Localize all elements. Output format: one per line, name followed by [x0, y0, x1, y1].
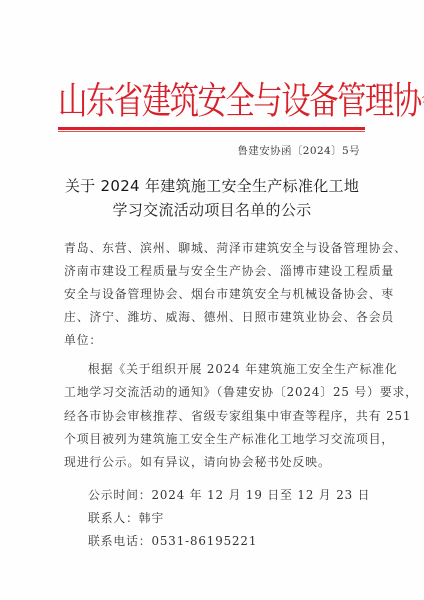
document-title-line-2: 学习交流活动项目名单的公示 [0, 199, 424, 220]
publicity-period: 公示时间：2024 年 12 月 19 日至 12 月 23 日 [88, 487, 370, 503]
document-title-line-1: 关于 2024 年建筑施工安全生产标准化工地 [0, 175, 424, 196]
organization-letterhead: 山东省建筑安全与设备管理协会 [58, 74, 364, 130]
recipients-line: 庄、济宁、潍坊、威海、德州、日照市建筑业协会、各会员 [64, 309, 394, 325]
body-paragraph-line: 现进行公示。如有异议，请向协会秘书处反映。 [64, 454, 331, 470]
recipients-line: 青岛、东营、滨州、聊城、菏泽市建筑安全与设备管理协会、 [64, 240, 407, 256]
recipients-line: 济南市建设工程质量与安全生产协会、淄博市建设工程质量 [64, 263, 394, 279]
contact-person: 联系人：韩宇 [88, 510, 164, 526]
document-page: 山东省建筑安全与设备管理协会 鲁建安协函〔2024〕5号 关于 2024 年建筑… [0, 0, 424, 600]
recipients-line: 安全与设备管理协会、烟台市建筑安全与机械设备协会、枣 [64, 286, 394, 302]
body-paragraph-line: 经各市协会审核推荐、省级专家组集中审查等程序，共有 251 [64, 408, 411, 424]
body-paragraph-line: 个项目被列为建筑施工安全生产标准化工地学习交流项目， [64, 431, 394, 447]
document-number: 鲁建安协函〔2024〕5号 [237, 143, 360, 158]
body-paragraph-line: 根据《关于组织开展 2024 年建筑施工安全生产标准化 [88, 361, 398, 377]
contact-phone: 联系电话：0531-86195221 [88, 533, 257, 549]
letterhead-red-rule-thick [58, 127, 365, 130]
recipients-line: 单位： [64, 332, 102, 348]
letterhead-red-rule-thin [58, 131, 365, 132]
body-paragraph-line: 工地学习交流活动的通知》（鲁建安协〔2024〕25 号）要求， [64, 384, 418, 400]
